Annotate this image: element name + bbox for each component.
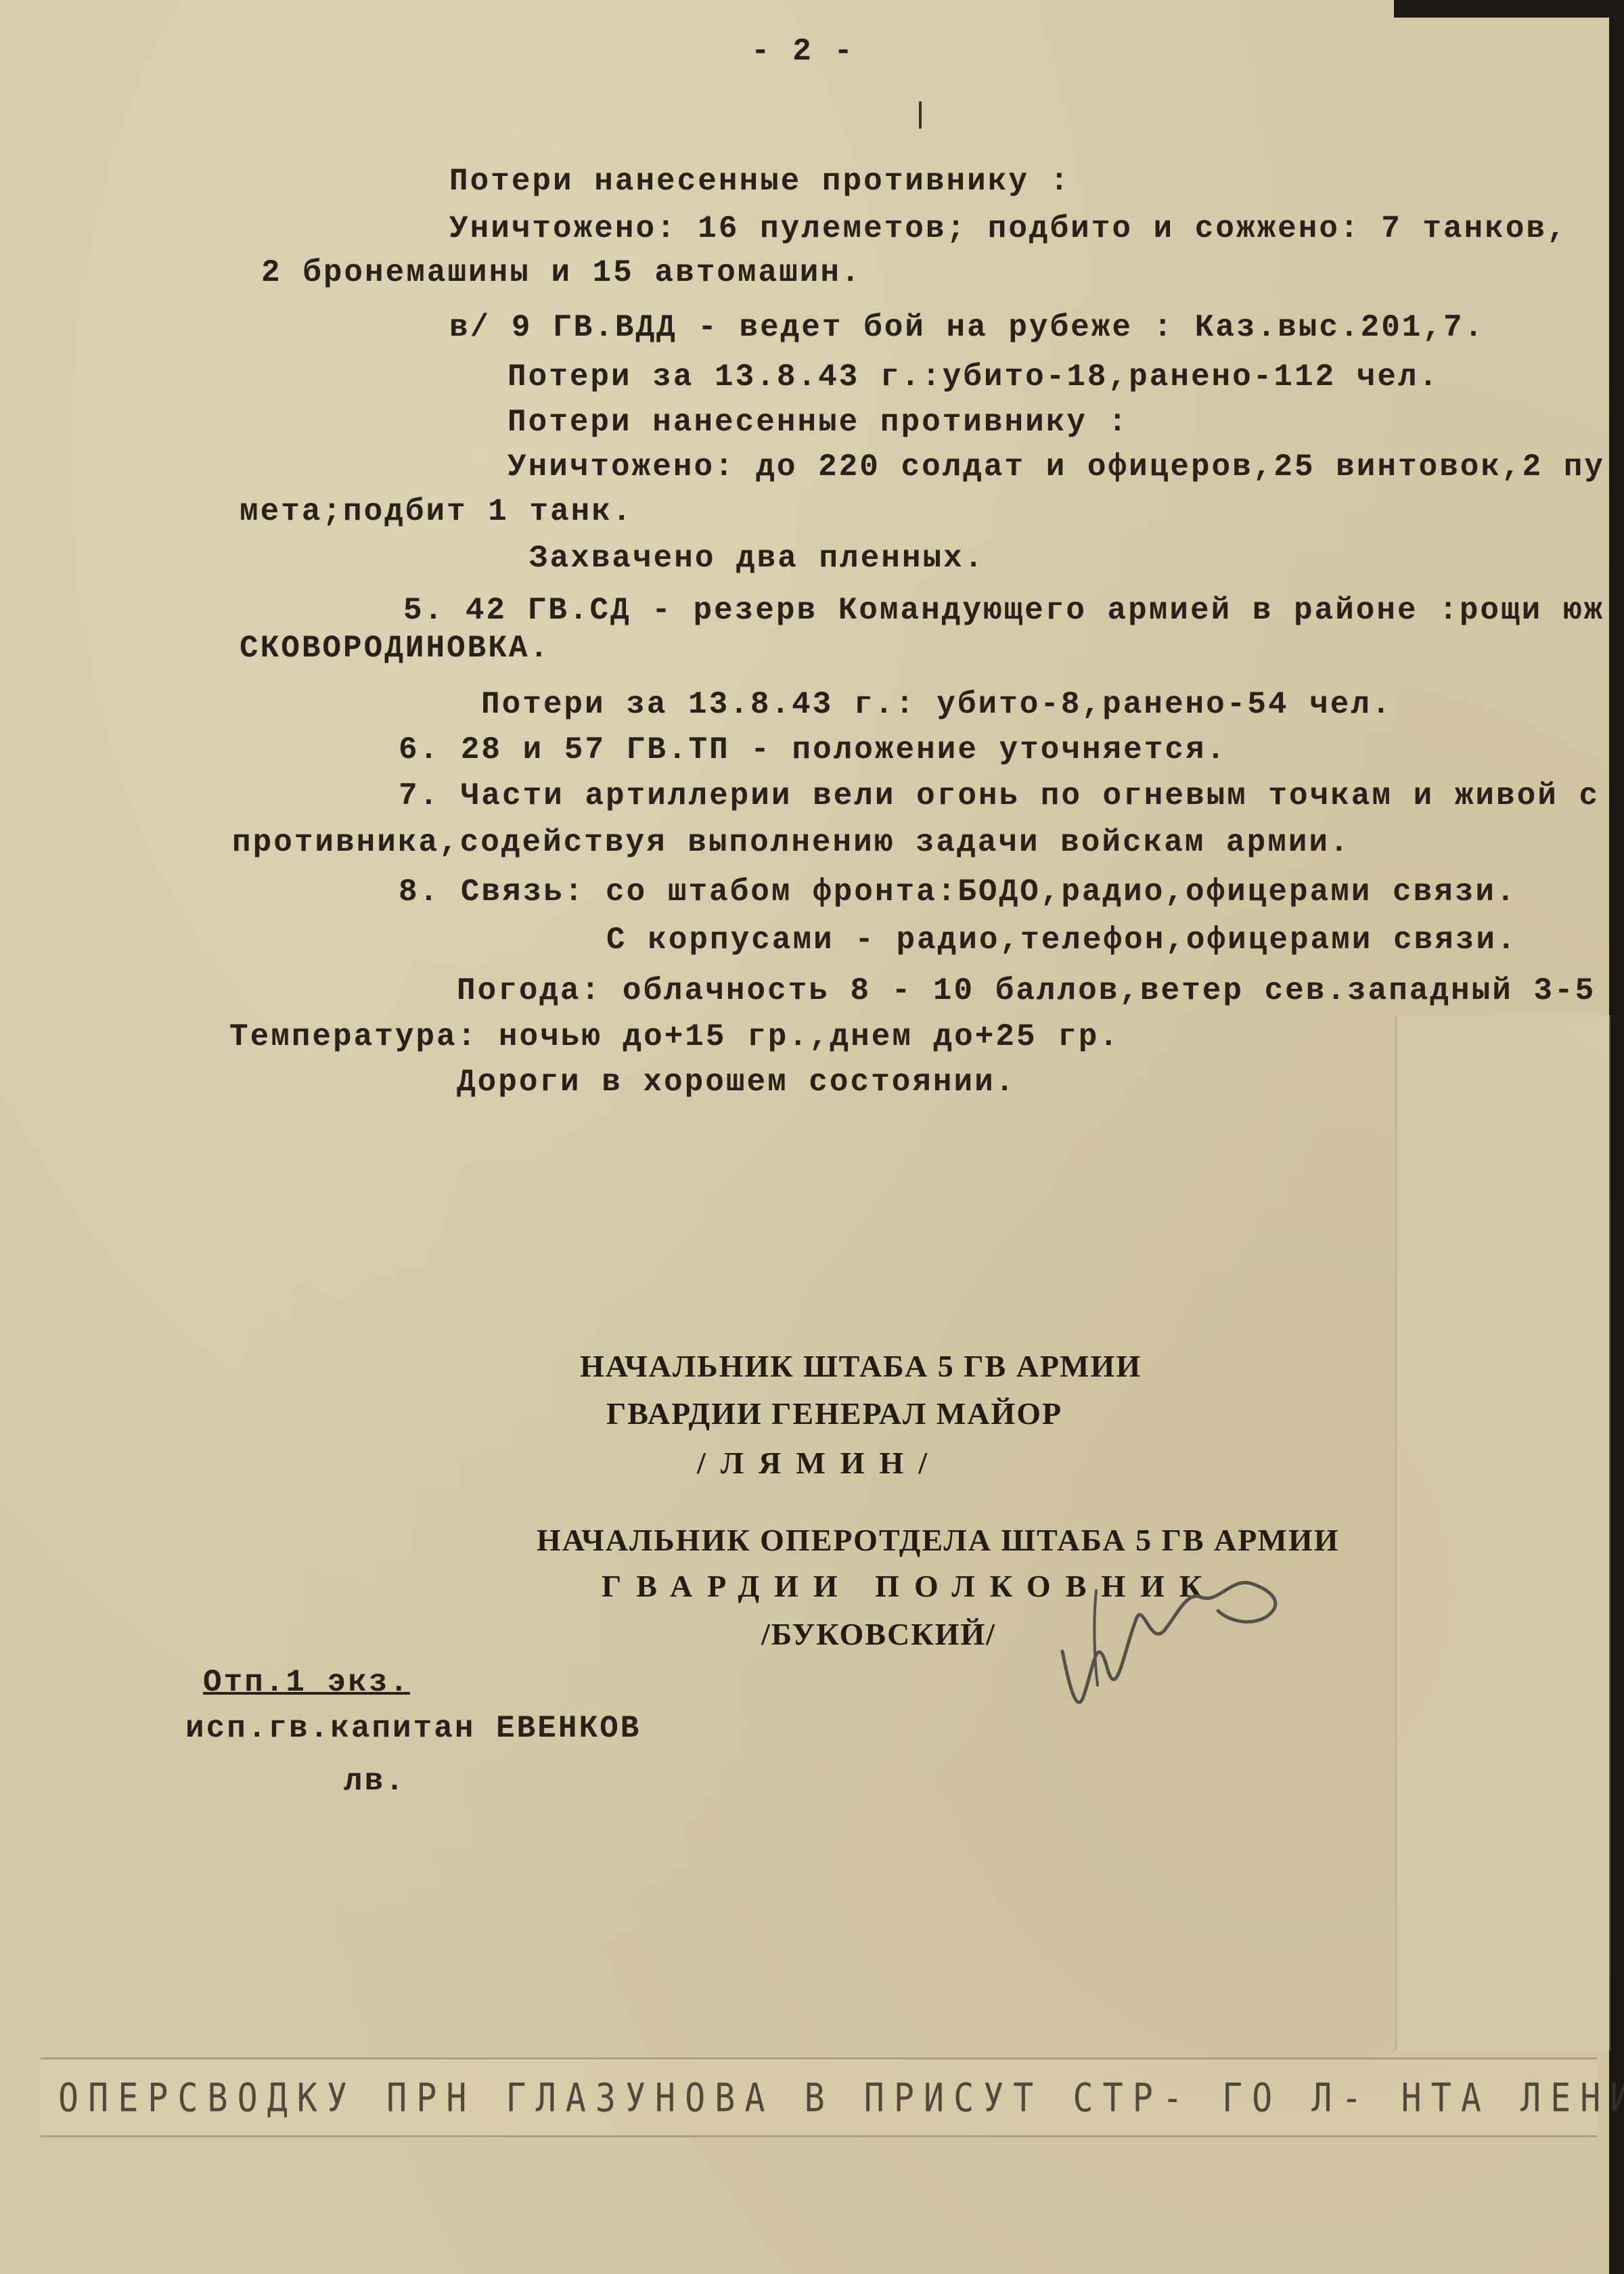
body-line-19: Температура: ночью до+15 гр.,днем до+25 … <box>229 1018 1120 1056</box>
signature-name: /БУКОВСКИЙ/ <box>761 1615 996 1653</box>
body-line-12: Потери за 13.8.43 г.: убито-8,ранено-54 … <box>481 686 1393 723</box>
signature-rank: ГВАРДИИ ГЕНЕРАЛ МАЙОР <box>606 1395 1062 1433</box>
body-line-14: 7. Части артиллерии вели огонь по огневы… <box>399 777 1600 815</box>
scan-background-top <box>1394 0 1624 18</box>
body-line-10: 5. 42 ГВ.СД - резерв Командующего армией… <box>403 592 1604 629</box>
scan-background-right <box>1609 0 1624 2274</box>
signature-title: НАЧАЛЬНИК ШТАБА 5 ГВ АРМИИ <box>580 1347 1142 1385</box>
body-line-17: С корпусами - радио,телефон,офицерами св… <box>606 921 1518 959</box>
body-line-1: Потери нанесенные противнику : <box>449 162 1070 200</box>
body-line-18: Погода: облачность 8 - 10 баллов,ветер с… <box>457 972 1596 1010</box>
body-line-16: 8. Связь: со штабом фронта:БОДО,радио,оф… <box>399 873 1517 911</box>
teletype-text: ОПЕРСВОДКУ ПРН ГЛАЗУНОВА В ПРИСУТ СТР- Г… <box>58 2075 1624 2122</box>
attached-sheet-edge <box>1395 1015 1610 2051</box>
body-line-6: Потери нанесенные противнику : <box>507 403 1129 441</box>
body-line-3: 2 бронемашины и 15 автомашин. <box>261 254 862 292</box>
body-line-20: Дороги в хорошем состоянии. <box>457 1063 1016 1101</box>
body-line-13: 6. 28 и 57 ГВ.ТП - положение уточняется. <box>399 731 1227 769</box>
typist-initials: лв. <box>344 1762 406 1800</box>
executor-note: исп.гв.капитан ЕВЕНКОВ <box>185 1710 641 1747</box>
body-line-15: противника,содействуя выполнению задачи … <box>232 824 1351 862</box>
body-line-2: Уничтожено: 16 пулеметов; подбито и сожж… <box>449 210 1568 248</box>
body-line-8: мета;подбит 1 танк. <box>240 493 633 531</box>
copies-note: Отп.1 экз. <box>203 1664 410 1701</box>
body-line-9: Захвачено два пленных. <box>529 539 985 577</box>
fold-mark <box>919 102 922 129</box>
body-line-7: Уничтожено: до 220 солдат и офицеров,25 … <box>507 448 1605 486</box>
body-line-5: Потери за 13.8.43 г.:убито-18,ранено-112… <box>507 358 1439 396</box>
handwritten-signature-icon <box>1056 1550 1299 1726</box>
body-line-4: в/ 9 ГВ.ВДД - ведет бой на рубеже : Каз.… <box>449 309 1485 347</box>
signature-name: /ЛЯМИН/ <box>697 1444 942 1482</box>
body-line-11: СКОВОРОДИНОВКА. <box>240 629 550 667</box>
page-number: - 2 - <box>751 32 855 70</box>
